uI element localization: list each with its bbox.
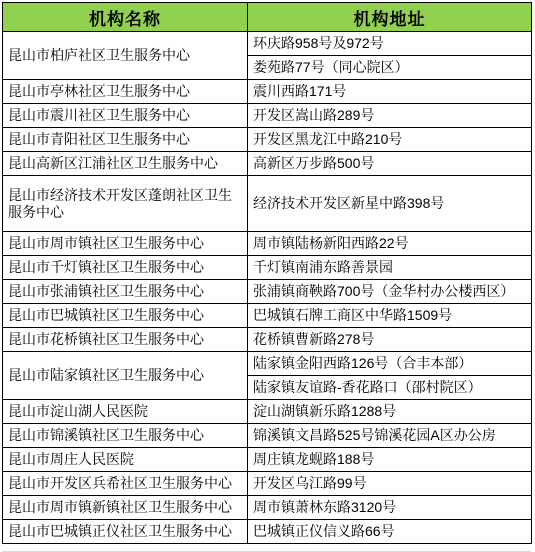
column-header-institution-name: 机构名称 xyxy=(3,3,248,32)
institution-name-cell: 昆山市柏庐社区卫生服务中心 xyxy=(3,32,248,80)
institution-address-cell: 周市镇陆杨新阳西路22号 xyxy=(248,232,532,256)
table-row: 昆山市花桥镇社区卫生服务中心花桥镇曹新路278号 xyxy=(3,328,532,352)
table-row: 昆山市青阳社区卫生服务中心开发区黑龙江中路210号 xyxy=(3,128,532,152)
institution-address-cell: 开发区嵩山路289号 xyxy=(248,104,532,128)
institution-name-cell: 昆山市陆家镇社区卫生服务中心 xyxy=(3,352,248,400)
institution-name-cell: 昆山市青阳社区卫生服务中心 xyxy=(3,128,248,152)
institution-name-cell: 昆山市张浦镇社区卫生服务中心 xyxy=(3,280,248,304)
header-row: 机构名称 机构地址 xyxy=(3,3,532,32)
institution-address-cell: 陆家镇金阳西路126号（合丰本部） xyxy=(248,352,532,376)
institution-name-cell: 昆山市花桥镇社区卫生服务中心 xyxy=(3,328,248,352)
table-row: 昆山市震川社区卫生服务中心开发区嵩山路289号 xyxy=(3,104,532,128)
institution-address-cell: 震川西路171号 xyxy=(248,80,532,104)
institution-address-cell: 高新区万步路500号 xyxy=(248,152,532,176)
table-row: 昆山高新区江浦社区卫生服务中心高新区万步路500号 xyxy=(3,152,532,176)
institution-address-cell: 巴城镇正仪信义路66号 xyxy=(248,520,532,544)
institution-name-cell: 昆山市千灯镇社区卫生服务中心 xyxy=(3,256,248,280)
column-header-institution-address: 机构地址 xyxy=(248,3,532,32)
institution-name-cell: 昆山市巴城镇社区卫生服务中心 xyxy=(3,304,248,328)
table-row: 昆山市陆家镇社区卫生服务中心陆家镇金阳西路126号（合丰本部） xyxy=(3,352,532,376)
institution-address-cell: 花桥镇曹新路278号 xyxy=(248,328,532,352)
institution-address-cell: 周庄镇龙蚬路188号 xyxy=(248,448,532,472)
institution-name-cell: 昆山市开发区兵希社区卫生服务中心 xyxy=(3,472,248,496)
table-body: 昆山市柏庐社区卫生服务中心环庆路958号及972号娄苑路77号（同心院区）昆山市… xyxy=(3,32,532,544)
institution-name-cell: 昆山市巴城镇正仪社区卫生服务中心 xyxy=(3,520,248,544)
table-row: 昆山市千灯镇社区卫生服务中心千灯镇南浦东路善景园 xyxy=(3,256,532,280)
table-row: 昆山市锦溪镇社区卫生服务中心锦溪镇文昌路525号锦溪花园A区办公房 xyxy=(3,424,532,448)
table-row: 昆山市柏庐社区卫生服务中心环庆路958号及972号 xyxy=(3,32,532,56)
table-header: 机构名称 机构地址 xyxy=(3,3,532,32)
institution-name-cell: 昆山市周市镇社区卫生服务中心 xyxy=(3,232,248,256)
institutions-table: 机构名称 机构地址 昆山市柏庐社区卫生服务中心环庆路958号及972号娄苑路77… xyxy=(2,2,532,544)
institution-address-cell: 淀山湖镇新乐路1288号 xyxy=(248,400,532,424)
institutions-sheet: 机构名称 机构地址 昆山市柏庐社区卫生服务中心环庆路958号及972号娄苑路77… xyxy=(0,2,535,552)
table-row: 昆山市巴城镇社区卫生服务中心巴城镇石牌工商区中华路1509号 xyxy=(3,304,532,328)
table-row: 昆山市经济技术开发区蓬朗社区卫生服务中心经济技术开发区新星中路398号 xyxy=(3,176,532,232)
institution-name-cell: 昆山市经济技术开发区蓬朗社区卫生服务中心 xyxy=(3,176,248,232)
institution-address-cell: 巴城镇石牌工商区中华路1509号 xyxy=(248,304,532,328)
institution-name-cell: 昆山市淀山湖人民医院 xyxy=(3,400,248,424)
table-row: 昆山市巴城镇正仪社区卫生服务中心巴城镇正仪信义路66号 xyxy=(3,520,532,544)
institution-address-cell: 千灯镇南浦东路善景园 xyxy=(248,256,532,280)
table-row: 昆山市周庄人民医院周庄镇龙蚬路188号 xyxy=(3,448,532,472)
institution-name-cell: 昆山市周庄人民医院 xyxy=(3,448,248,472)
institution-address-cell: 经济技术开发区新星中路398号 xyxy=(248,176,532,232)
institution-address-cell: 锦溪镇文昌路525号锦溪花园A区办公房 xyxy=(248,424,532,448)
table-row: 昆山市张浦镇社区卫生服务中心张浦镇商鞅路700号（金华村办公楼西区） xyxy=(3,280,532,304)
institution-address-cell: 陆家镇友谊路-香花路口（邵村院区） xyxy=(248,376,532,400)
institution-address-cell: 周市镇萧林东路3120号 xyxy=(248,496,532,520)
institution-name-cell: 昆山市震川社区卫生服务中心 xyxy=(3,104,248,128)
institution-address-cell: 开发区黑龙江中路210号 xyxy=(248,128,532,152)
table-row: 昆山市周市镇新镇社区卫生服务中心周市镇萧林东路3120号 xyxy=(3,496,532,520)
table-row: 昆山市淀山湖人民医院淀山湖镇新乐路1288号 xyxy=(3,400,532,424)
table-row: 昆山市周市镇社区卫生服务中心周市镇陆杨新阳西路22号 xyxy=(3,232,532,256)
institution-address-cell: 环庆路958号及972号 xyxy=(248,32,532,56)
institution-name-cell: 昆山市亭林社区卫生服务中心 xyxy=(3,80,248,104)
institution-address-cell: 开发区乌江路99号 xyxy=(248,472,532,496)
table-row: 昆山市亭林社区卫生服务中心震川西路171号 xyxy=(3,80,532,104)
institution-address-cell: 娄苑路77号（同心院区） xyxy=(248,56,532,80)
institution-name-cell: 昆山市周市镇新镇社区卫生服务中心 xyxy=(3,496,248,520)
institution-name-cell: 昆山市锦溪镇社区卫生服务中心 xyxy=(3,424,248,448)
table-row: 昆山市开发区兵希社区卫生服务中心开发区乌江路99号 xyxy=(3,472,532,496)
institution-name-cell: 昆山高新区江浦社区卫生服务中心 xyxy=(3,152,248,176)
institution-address-cell: 张浦镇商鞅路700号（金华村办公楼西区） xyxy=(248,280,532,304)
